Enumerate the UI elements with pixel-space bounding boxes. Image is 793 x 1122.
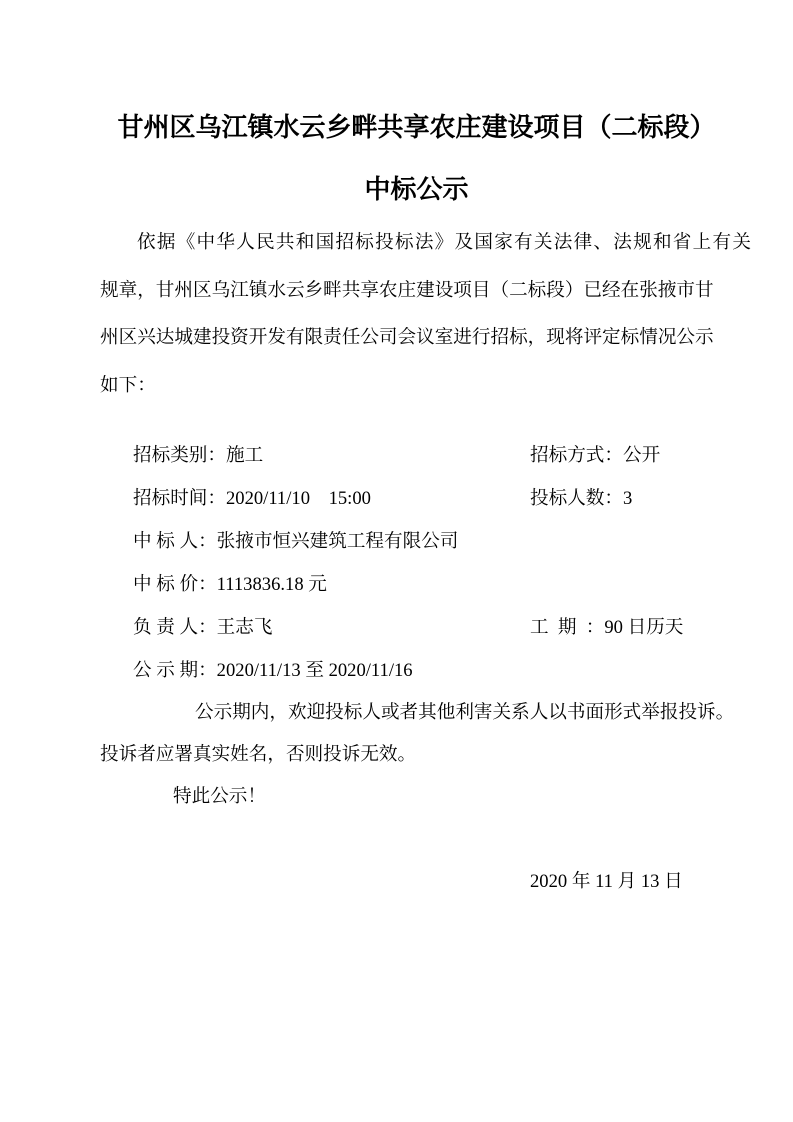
empty-field: [530, 520, 733, 563]
winning-price-field: 中 标 价：1113836.18 元: [133, 563, 530, 606]
bid-method-field: 招标方式：公开: [530, 434, 733, 477]
notice-paragraph: 公示期内，欢迎投标人或者其他利害关系人以书面形式举报投诉。 投诉者应署真实姓名，…: [100, 692, 733, 818]
bid-info-list: 招标类别：施工 招标方式：公开 招标时间：2020/11/10 15:00 投标…: [133, 434, 733, 692]
document-content: 甘州区乌江镇水云乡畔共享农庄建设项目（二标段） 中标公示 依据《中华人民共和国招…: [100, 0, 733, 903]
bid-info-row: 中 标 价：1113836.18 元: [133, 563, 733, 606]
publicity-period-field: 公 示 期：2020/11/13 至 2020/11/16: [133, 649, 530, 692]
duration-field: 工 期 ：90 日历天: [530, 606, 733, 649]
document-subtitle: 中标公示: [100, 172, 733, 208]
person-in-charge-field: 负 责 人：王志飞: [133, 606, 530, 649]
sign-date: 2020 年 11 月 13 日: [530, 861, 733, 903]
winner-field: 中 标 人：张掖市恒兴建筑工程有限公司: [133, 520, 530, 563]
bid-time-field: 招标时间：2020/11/10 15:00: [133, 477, 530, 520]
bid-info-row: 中 标 人：张掖市恒兴建筑工程有限公司: [133, 520, 733, 563]
bid-info-row: 负 责 人：王志飞 工 期 ：90 日历天: [133, 606, 733, 649]
bid-info-row: 公 示 期：2020/11/13 至 2020/11/16: [133, 649, 733, 692]
notice-line: 公示期内，欢迎投标人或者其他利害关系人以书面形式举报投诉。: [100, 692, 733, 734]
intro-line: 州区兴达城建投资开发有限责任公司会议室进行招标，现将评定标情况公示: [100, 314, 733, 362]
document-title: 甘州区乌江镇水云乡畔共享农庄建设项目（二标段）: [100, 110, 733, 146]
intro-paragraph: 依据《中华人民共和国招标投标法》及国家有关法律、法规和省上有关 规章，甘州区乌江…: [100, 219, 733, 409]
notice-line: 投诉者应署真实姓名，否则投诉无效。: [100, 734, 733, 776]
empty-field: [530, 563, 733, 606]
bid-info-row: 招标时间：2020/11/10 15:00 投标人数：3: [133, 477, 733, 520]
document-page: 甘州区乌江镇水云乡畔共享农庄建设项目（二标段） 中标公示 依据《中华人民共和国招…: [0, 0, 793, 1122]
intro-line: 如下：: [100, 362, 733, 410]
empty-field: [530, 649, 733, 692]
bid-category-field: 招标类别：施工: [133, 434, 530, 477]
closing-statement: 特此公示！: [100, 776, 733, 818]
intro-line: 规章，甘州区乌江镇水云乡畔共享农庄建设项目（二标段）已经在张掖市甘: [100, 267, 733, 315]
bidder-count-field: 投标人数：3: [530, 477, 733, 520]
intro-line: 依据《中华人民共和国招标投标法》及国家有关法律、法规和省上有关: [100, 219, 733, 267]
bid-info-row: 招标类别：施工 招标方式：公开: [133, 434, 733, 477]
